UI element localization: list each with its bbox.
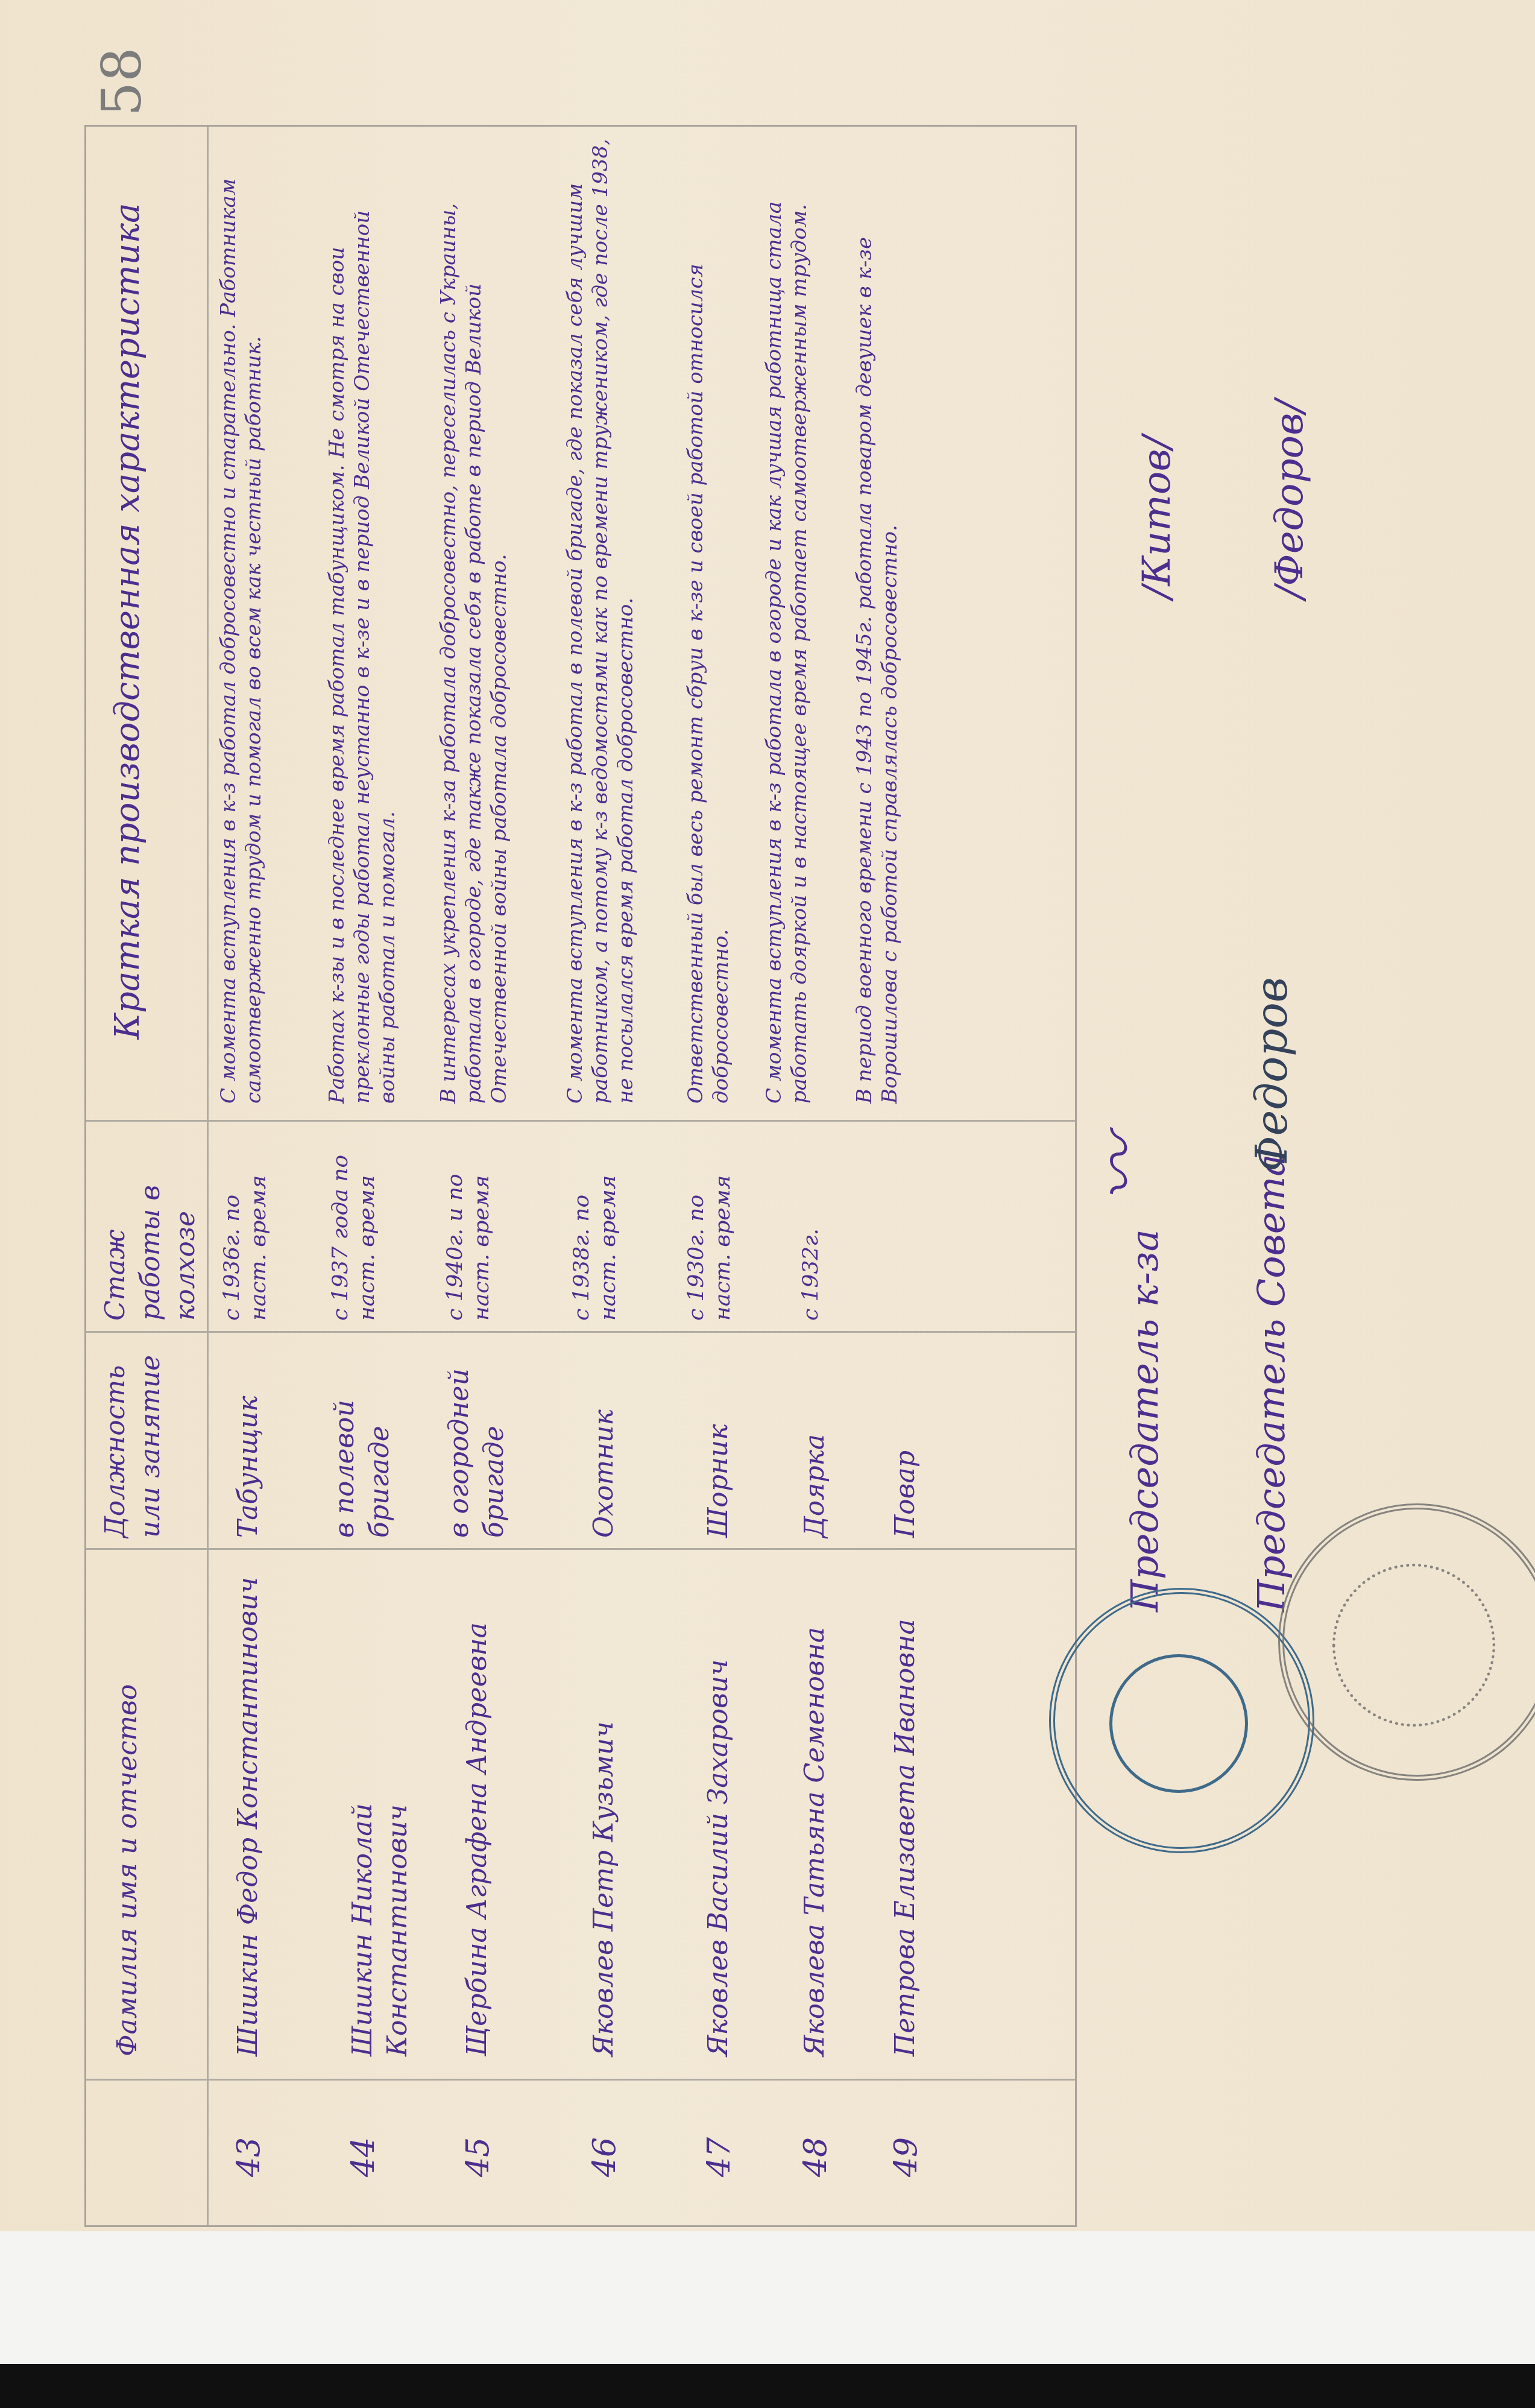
council-chairman-label: Председатель Совета <box>1254 1154 1289 1612</box>
row-characteristic: В период военного времени с 1943 по 1945… <box>852 139 903 1104</box>
row-experience: с 1940г. и по наст. время <box>442 1128 495 1321</box>
row-number: 48 <box>798 2137 834 2177</box>
row-experience: с 1938г. по наст. время <box>569 1128 622 1321</box>
row-number: 49 <box>888 2137 924 2177</box>
row-characteristic: В интересах укрепления к-за работала доб… <box>436 139 512 1104</box>
header-position: Должность или занятие <box>98 1345 168 1538</box>
council-stamp <box>1278 1503 1535 1781</box>
row-name: Яковлев Василий Захарович <box>701 1556 736 2056</box>
council-chairman-signature: Федоров <box>1254 977 1289 1172</box>
row-characteristic: С момента вступления в к-з работала в ог… <box>761 139 812 1104</box>
row-name: Яковлев Петр Кузьмич <box>587 1556 622 2056</box>
row-name: Шишкин Федор Константинович <box>231 1556 266 2056</box>
row-characteristic: Ответственный был весь ремонт сбруи в к-… <box>683 139 734 1104</box>
row-characteristic: Работах к-зы и в последнее время работал… <box>324 139 400 1104</box>
row-number: 43 <box>231 2137 267 2177</box>
row-number: 44 <box>345 2137 382 2177</box>
row-experience: с 1932г. <box>798 1128 824 1321</box>
row-position: в огородней бригаде <box>442 1339 512 1538</box>
row-experience: с 1936г. по наст. время <box>219 1128 272 1321</box>
row-position: Шорник <box>701 1339 736 1538</box>
kolkhoz-chairman-name: /Китов/ <box>1139 436 1174 599</box>
page-number: 58 <box>90 47 154 116</box>
row-position: Доярка <box>798 1339 833 1538</box>
kolkhoz-chairman-signature: 〰 <box>1103 1136 1138 1202</box>
header-experience: Стаж работы в колхозе <box>98 1128 203 1321</box>
row-name: Шишкин Николай Константинович <box>345 1556 415 2056</box>
row-position: Охотник <box>587 1339 622 1538</box>
row-number: 45 <box>460 2137 496 2177</box>
kolkhoz-chairman-label: Председатель к-за <box>1127 1229 1162 1612</box>
row-name: Петрова Елизавета Ивановна <box>888 1556 923 2056</box>
row-characteristic: С момента вступления в к-з работал добро… <box>216 139 266 1104</box>
row-characteristic: С момента вступления в к-з работал в пол… <box>563 139 638 1104</box>
row-position: Табунщик <box>231 1339 266 1538</box>
row-name: Яковлева Татьяна Семеновна <box>798 1556 833 2056</box>
row-number: 47 <box>701 2137 737 2177</box>
kolkhoz-stamp <box>1049 1588 1314 1853</box>
row-position: в полевой бригаде <box>327 1339 397 1538</box>
row-experience: с 1937 года по наст. время <box>327 1128 380 1321</box>
row-name: Щербина Аграфена Андреевна <box>460 1556 495 2056</box>
personnel-table: Фамилия имя и отчество Должность или зан… <box>84 125 1077 2227</box>
council-chairman-name: /Федоров/ <box>1272 400 1307 599</box>
row-experience: с 1930г. по наст. время <box>683 1128 736 1321</box>
rotated-document-content: 58 Фамилия имя и отчество Должность или … <box>0 0 1535 2408</box>
header-characteristic: Краткая производственная характеристика <box>110 139 145 1104</box>
row-position: Повар <box>888 1339 923 1538</box>
row-number: 46 <box>587 2137 623 2177</box>
header-name: Фамилия имя и отчество <box>110 1574 145 2056</box>
